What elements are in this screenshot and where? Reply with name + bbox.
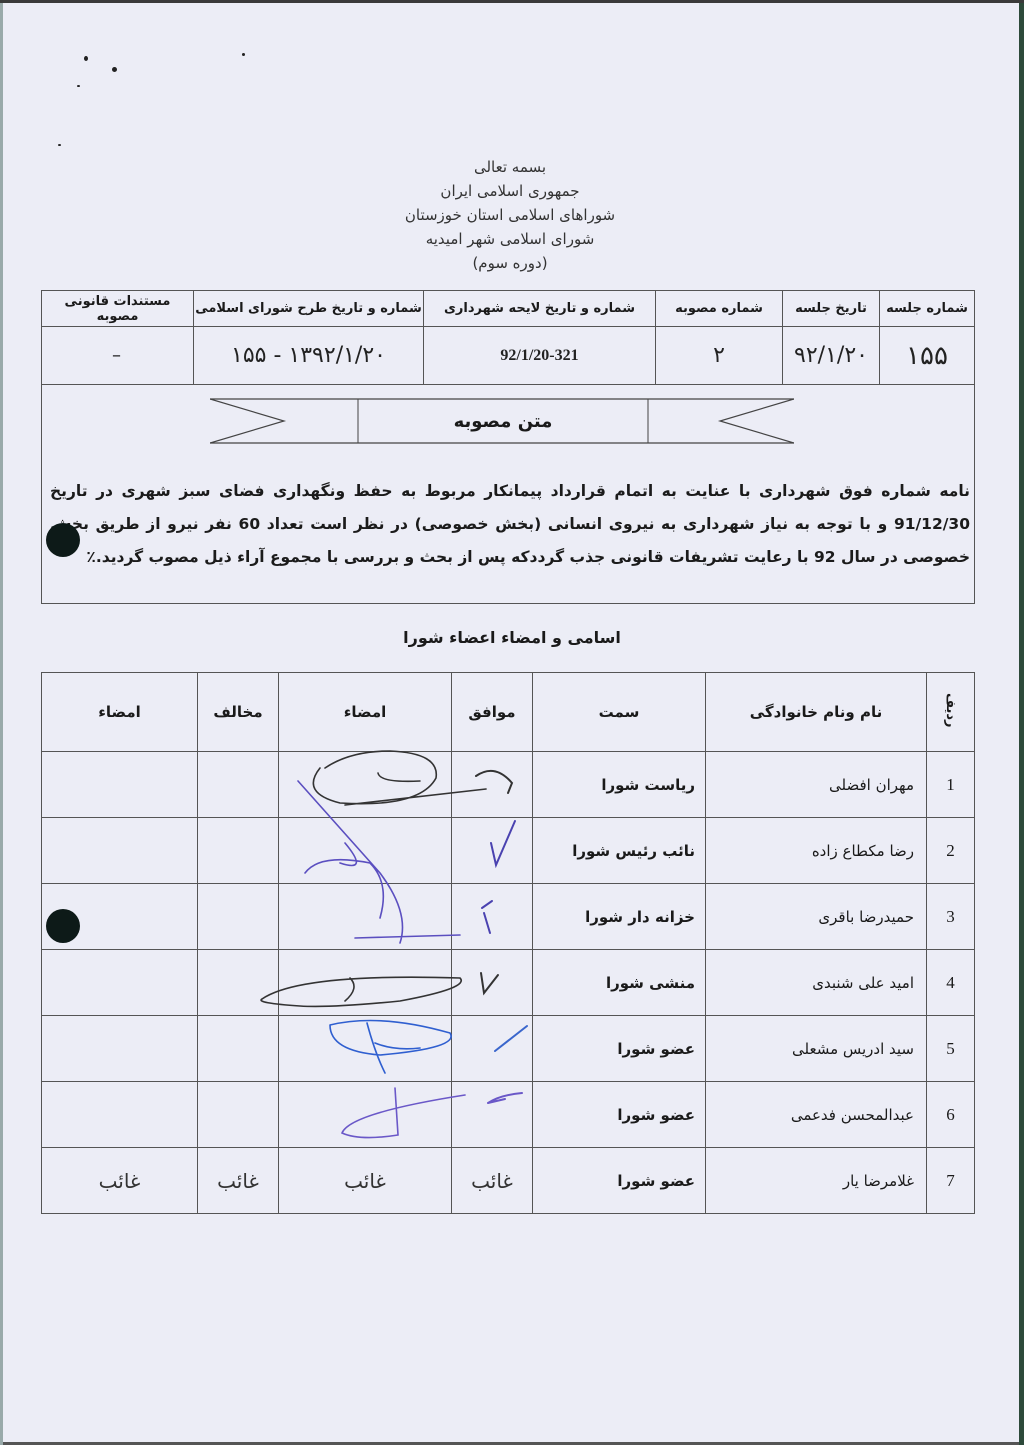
member-name: امید علی شنبدی [706, 950, 927, 1016]
member-name: مهران افضلی [706, 752, 927, 818]
members-header-row: ردیف نام ونام خانوادگی سمت موافق امضاء م… [42, 673, 975, 752]
members-table: ردیف نام ونام خانوادگی سمت موافق امضاء م… [41, 672, 975, 1214]
header-role: سمت [533, 673, 706, 752]
punch-hole-mark [46, 909, 80, 943]
header-line-province-councils: شوراهای اسلامی استان خوزستان [330, 203, 690, 227]
header-agree-signature: امضاء [279, 673, 452, 752]
member-row: 6 عبدالمحسن فدعمی عضو شورا [42, 1082, 975, 1148]
member-name: سید ادریس مشعلی [706, 1016, 927, 1082]
agree-cell [452, 950, 533, 1016]
member-number: 4 [927, 950, 975, 1016]
member-row: 2 رضا مکطاع زاده نائب رئیس شورا [42, 818, 975, 884]
page-edge-left [0, 3, 3, 1445]
header-line-invocation: بسمه تعالی [330, 155, 690, 179]
member-row: 3 حمیدرضا باقری خزانه دار شورا [42, 884, 975, 950]
member-name: عبدالمحسن فدعمی [706, 1082, 927, 1148]
session-info-header-row: شماره جلسه تاریخ جلسه شماره مصوبه شماره … [42, 291, 975, 327]
member-number: 6 [927, 1082, 975, 1148]
member-role: خزانه دار شورا [533, 884, 706, 950]
document-header: بسمه تعالی جمهوری اسلامی ایران شوراهای ا… [330, 155, 690, 275]
header-disagree-signature: امضاء [42, 673, 198, 752]
scan-speck [84, 56, 88, 61]
absent-mark: غائب [279, 1148, 452, 1214]
member-role: نائب رئیس شورا [533, 818, 706, 884]
member-row: 4 امید علی شنبدی منشی شورا [42, 950, 975, 1016]
resolution-title: متن مصوبه [358, 398, 648, 444]
disagree-cell [198, 1016, 279, 1082]
members-section-title: اسامی و امضاء اعضاء شورا [0, 628, 1024, 647]
header-session-number: شماره جلسه [880, 291, 975, 327]
session-date-value: ۹۲/۱/۲۰ [783, 327, 880, 385]
resolution-text: نامه شماره فوق شهرداری با عنایت به اتمام… [50, 475, 970, 574]
header-name: نام ونام خانوادگی [706, 673, 927, 752]
session-number-value: ۱۵۵ [880, 327, 975, 385]
header-resolution-number: شماره مصوبه [656, 291, 783, 327]
header-municipality-bill: شماره و تاریخ لایحه شهرداری [424, 291, 656, 327]
header-agree: موافق [452, 673, 533, 752]
member-role: منشی شورا [533, 950, 706, 1016]
member-number: 3 [927, 884, 975, 950]
agree-cell [452, 1082, 533, 1148]
header-line-term: (دوره سوم) [330, 251, 690, 275]
disagree-cell [198, 950, 279, 1016]
agree-signature-cell [279, 752, 452, 818]
municipality-bill-value: 92/1/20-321 [424, 327, 656, 385]
header-legal-basis: مستندات قانونی مصوبه [42, 291, 194, 327]
member-name: حمیدرضا باقری [706, 884, 927, 950]
header-council-plan: شماره و تاریخ طرح شورای اسلامی [194, 291, 424, 327]
disagree-signature-cell [42, 818, 198, 884]
member-role: عضو شورا [533, 1016, 706, 1082]
agree-signature-cell [279, 884, 452, 950]
agree-signature-cell [279, 818, 452, 884]
member-name: رضا مکطاع زاده [706, 818, 927, 884]
agree-cell [452, 752, 533, 818]
agree-signature-cell [279, 1082, 452, 1148]
absent-mark: غائب [42, 1148, 198, 1214]
member-number: 7 [927, 1148, 975, 1214]
disagree-signature-cell [42, 1016, 198, 1082]
disagree-signature-cell [42, 950, 198, 1016]
scan-speck [58, 144, 61, 146]
scan-speck [242, 53, 245, 56]
agree-signature-cell [279, 1016, 452, 1082]
agree-cell [452, 884, 533, 950]
disagree-cell [198, 752, 279, 818]
member-row: 5 سید ادریس مشعلی عضو شورا [42, 1016, 975, 1082]
agree-cell [452, 1016, 533, 1082]
resolution-number-value: ۲ [656, 327, 783, 385]
disagree-cell [198, 818, 279, 884]
member-number: 5 [927, 1016, 975, 1082]
agree-cell [452, 818, 533, 884]
header-session-date: تاریخ جلسه [783, 291, 880, 327]
member-row: 1 مهران افضلی ریاست شورا [42, 752, 975, 818]
member-row: 7 غلامرضا یار عضو شورا غائب غائب غائب غا… [42, 1148, 975, 1214]
header-row-number: ردیف [927, 673, 975, 752]
scan-speck [77, 85, 80, 87]
header-line-city-council: شورای اسلامی شهر امیدیه [330, 227, 690, 251]
header-line-country: جمهوری اسلامی ایران [330, 179, 690, 203]
punch-hole-mark [46, 523, 80, 557]
scanned-page: بسمه تعالی جمهوری اسلامی ایران شوراهای ا… [0, 0, 1024, 1445]
session-info-value-row: ۱۵۵ ۹۲/۱/۲۰ ۲ 92/1/20-321 ۱۳۹۲/۱/۲۰ - ۱۵… [42, 327, 975, 385]
disagree-signature-cell [42, 1082, 198, 1148]
agree-signature-cell [279, 950, 452, 1016]
member-number: 1 [927, 752, 975, 818]
scan-speck [112, 67, 117, 72]
member-role: عضو شورا [533, 1082, 706, 1148]
disagree-cell [198, 884, 279, 950]
session-info-table: شماره جلسه تاریخ جلسه شماره مصوبه شماره … [41, 290, 975, 385]
member-name: غلامرضا یار [706, 1148, 927, 1214]
legal-basis-value: – [42, 327, 194, 385]
disagree-signature-cell [42, 752, 198, 818]
page-edge-right [1019, 3, 1024, 1445]
disagree-cell [198, 1082, 279, 1148]
council-plan-value: ۱۳۹۲/۱/۲۰ - ۱۵۵ [194, 327, 424, 385]
header-disagree: مخالف [198, 673, 279, 752]
member-role: عضو شورا [533, 1148, 706, 1214]
member-role: ریاست شورا [533, 752, 706, 818]
absent-mark: غائب [452, 1148, 533, 1214]
row-number-label: ردیف [943, 693, 958, 728]
absent-mark: غائب [198, 1148, 279, 1214]
member-number: 2 [927, 818, 975, 884]
